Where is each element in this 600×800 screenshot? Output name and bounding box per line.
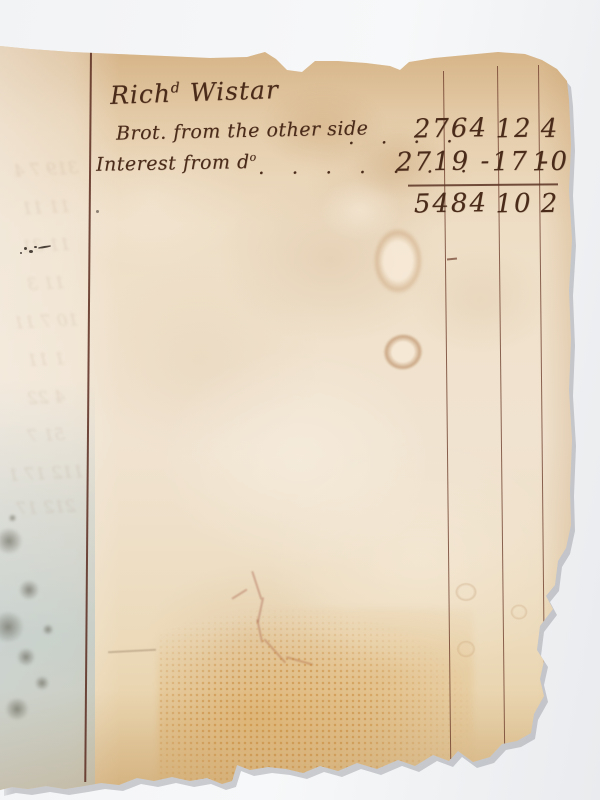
ghost-line: 4 22 xyxy=(2,386,91,411)
red-stain-vein xyxy=(256,597,264,623)
account-heading: Richd Wistar xyxy=(110,75,280,110)
dark-fleck xyxy=(96,210,99,213)
total-sum-line xyxy=(408,183,558,186)
entry-label-interest: Interest from do xyxy=(96,151,257,176)
dark-mold-blotch xyxy=(42,624,54,635)
ghost-line: 212 17 xyxy=(2,496,91,521)
account-given-name: Rich xyxy=(110,79,172,110)
scanned-ledger-screenshot: { "ledger": { "account_heading": { "give… xyxy=(0,0,600,800)
amount-pence: 10 xyxy=(532,147,569,178)
ledger-page: 319 7 4 11 11 11 31 11 3 10 7 11 1 11 4 … xyxy=(0,0,600,800)
amount-shillings: 17 - xyxy=(492,147,537,178)
entry-label-text: Interest from d xyxy=(96,151,250,176)
amount-pounds: 2719 - xyxy=(396,146,489,178)
ghost-line: 11 11 xyxy=(2,196,91,221)
red-stain-vein xyxy=(231,588,248,600)
red-stain-vein xyxy=(263,638,286,663)
water-stain-ring xyxy=(366,218,430,304)
ghost-line: 11 3 xyxy=(2,272,91,297)
entry-label-brought-forward: Brot. from the other side xyxy=(116,117,369,144)
ghost-line: 1 11 xyxy=(2,348,91,373)
dark-mold-blotch xyxy=(0,528,24,554)
amount-pounds: 2764 xyxy=(396,113,489,145)
total-pounds: 5484 xyxy=(396,188,489,220)
red-stain-vein xyxy=(286,656,314,666)
account-surname: Wistar xyxy=(189,75,279,107)
ghost-line: 51 7 xyxy=(2,424,91,449)
faint-ring-stain xyxy=(452,580,480,604)
dark-mold-blotch xyxy=(0,612,26,642)
ghost-line: 319 7 4 xyxy=(2,158,91,183)
faint-ring-stain xyxy=(454,638,478,660)
scanner-background: 319 7 4 11 11 11 31 11 3 10 7 11 1 11 4 … xyxy=(0,0,600,800)
orange-foxing-grain xyxy=(158,608,473,783)
faint-ring-stain xyxy=(508,602,530,622)
dark-mold-blotch xyxy=(16,648,36,666)
dark-mold-blotch xyxy=(18,580,40,600)
red-stain-vein xyxy=(256,619,263,643)
total-shillings: 10 xyxy=(492,189,537,220)
faint-scratch-mark xyxy=(108,649,156,654)
total-pence: 2 xyxy=(532,189,569,220)
amount-shillings: 12 xyxy=(492,114,537,145)
ghost-line: 10 7 11 xyxy=(2,310,91,335)
dark-mold-blotch xyxy=(34,676,50,690)
amount-pence: 4 xyxy=(532,114,569,145)
account-name-superscript: d xyxy=(170,80,181,96)
orange-foxing-stain xyxy=(158,608,473,783)
dark-mold-blotch xyxy=(4,698,30,720)
water-stain-blob xyxy=(373,323,433,380)
ghost-line: 112 17 1 xyxy=(2,462,91,487)
ditto-superscript: o xyxy=(249,151,256,164)
red-stain-vein xyxy=(251,571,263,600)
stray-ink-tick xyxy=(447,257,457,260)
